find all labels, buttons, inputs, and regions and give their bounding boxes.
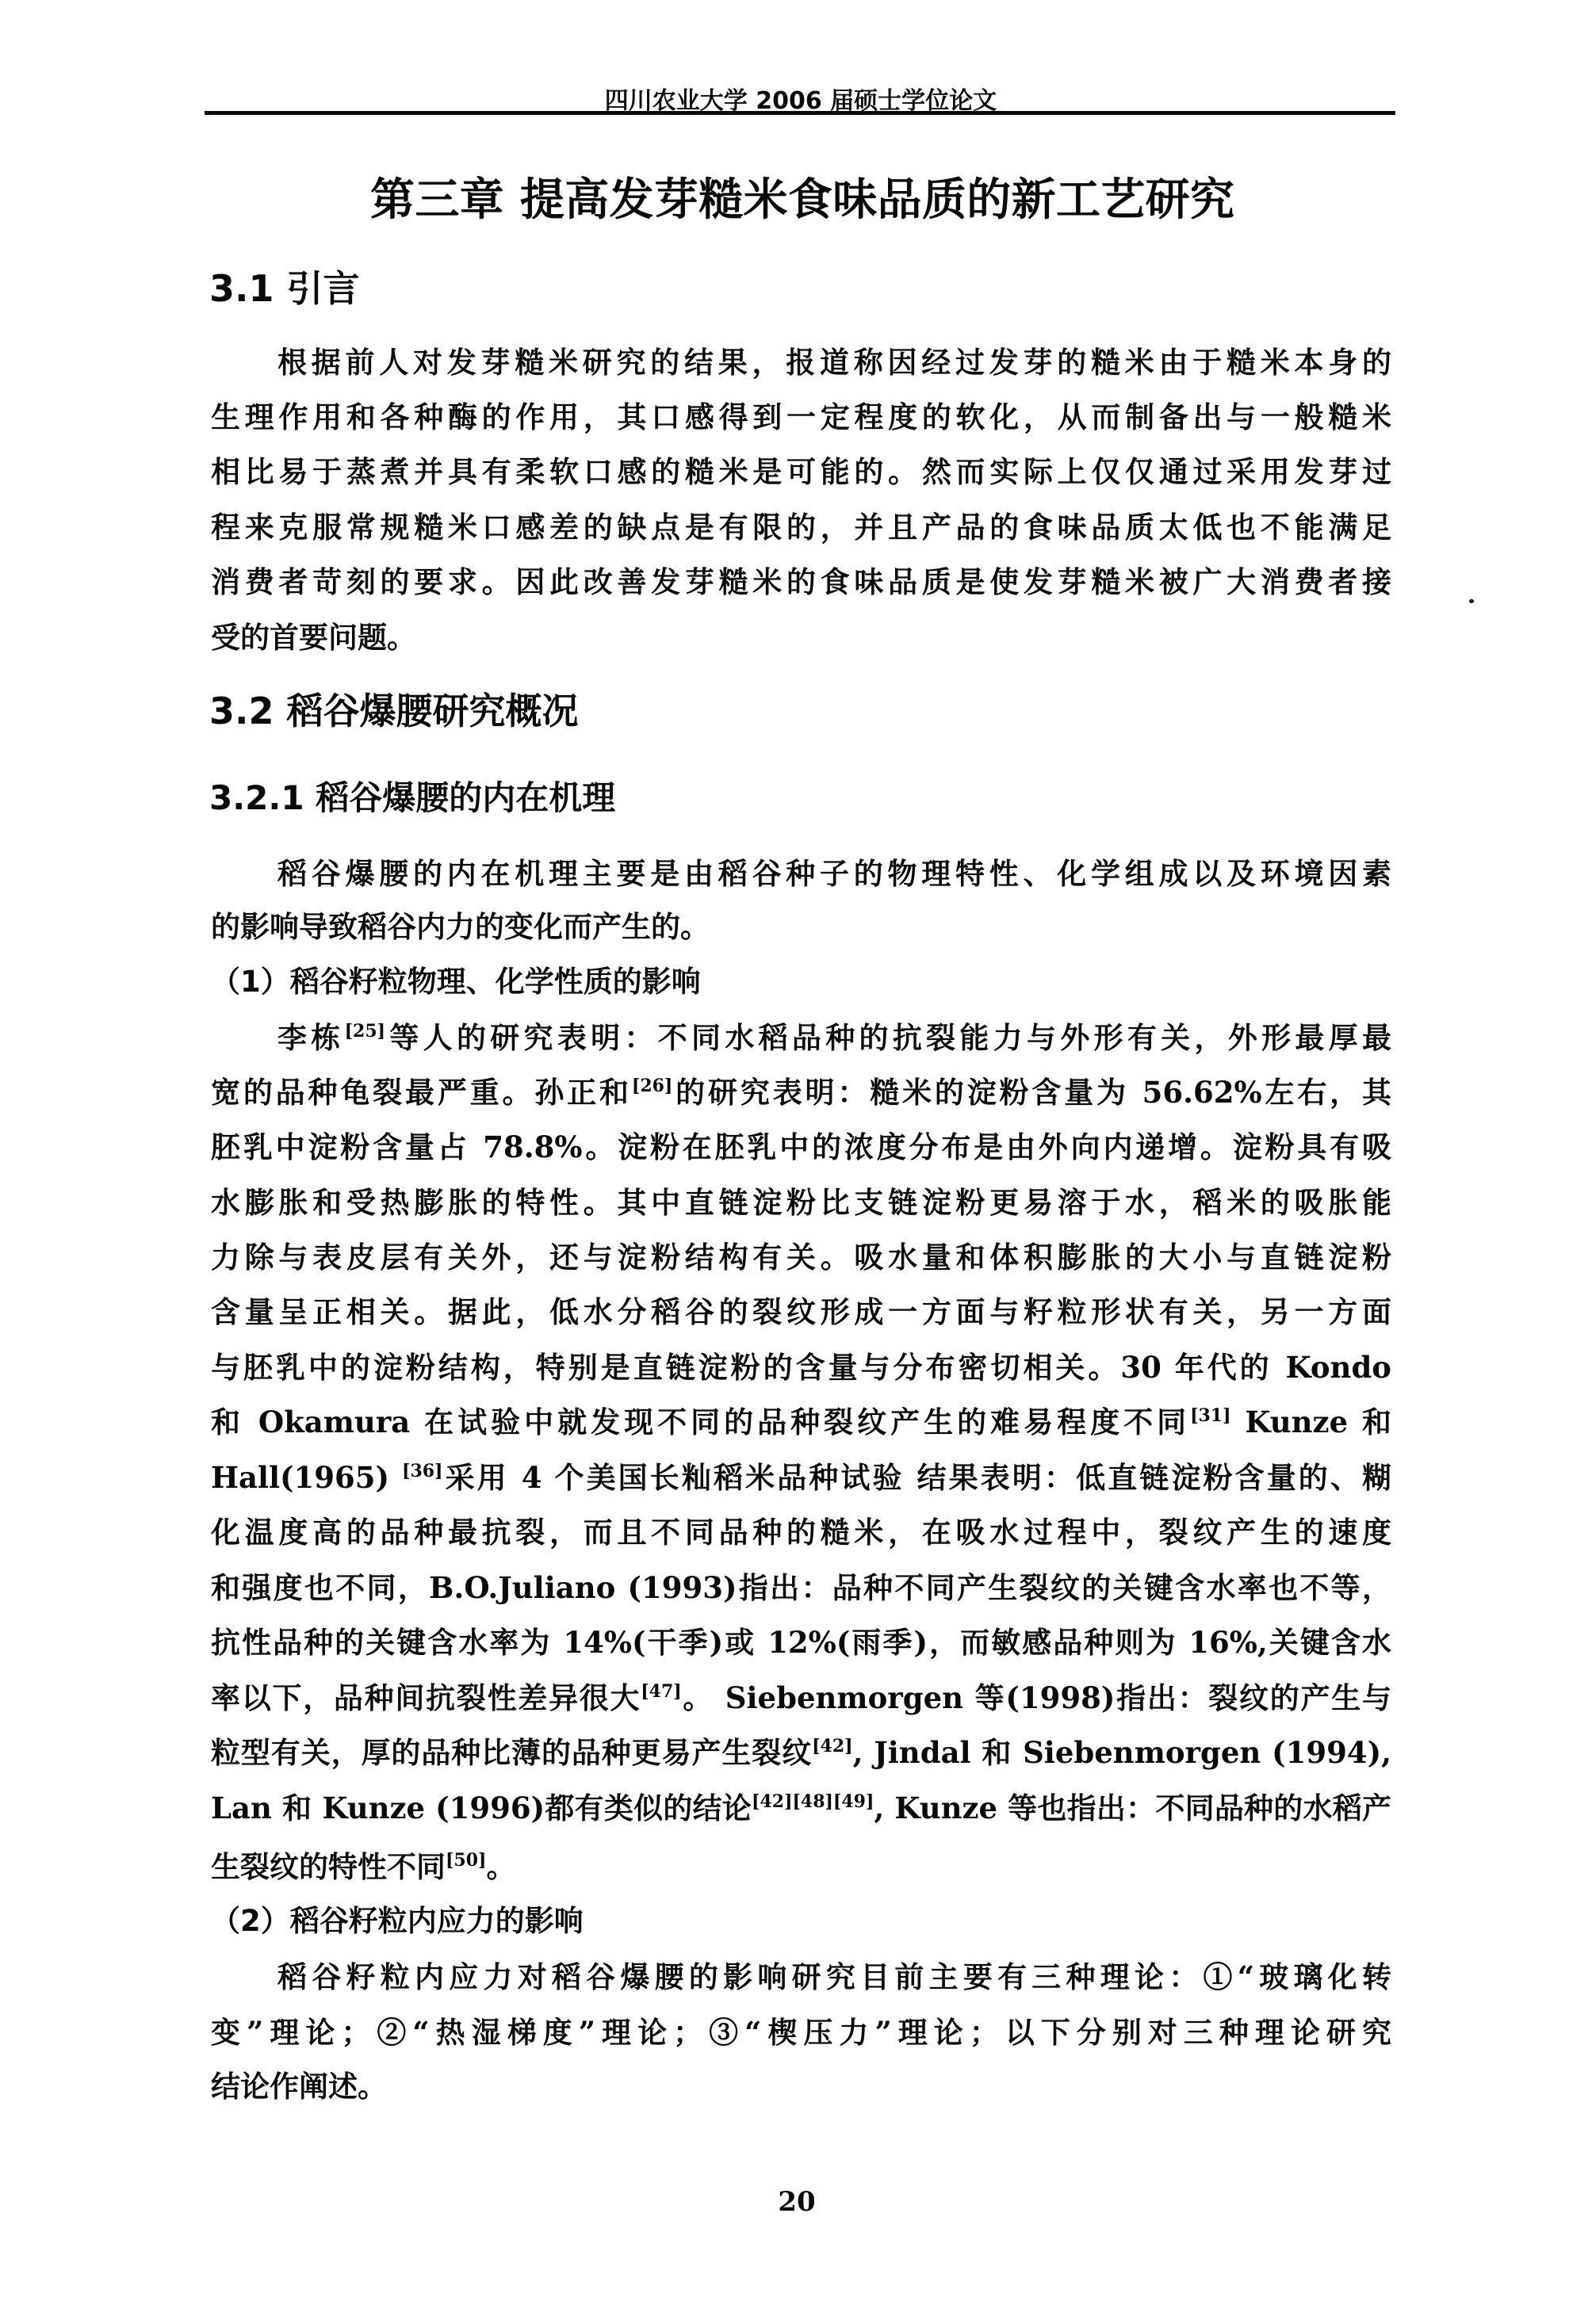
header-rule [205,111,1395,115]
paragraph-line: 粒型有关，厚的品种比薄的品种更易产生裂纹[42], Jindal 和 Siebe… [211,1734,1391,1771]
scan-speck [1469,599,1474,603]
paragraph-line: 生理作用和各种酶的作用，其口感得到一定程度的软化，从而制备出与一般糙米 [211,399,1391,435]
citation: [26] [632,1076,672,1096]
paragraph-line: 结论作阐述。 [211,2068,1391,2104]
paragraph-line: 程来克服常规糙米口感差的缺点是有限的，并且产品的食味品质太低也不能满足 [211,509,1391,545]
paragraph-line: Lan 和 Kunze (1996)都有类似的结论[42][48][49], K… [211,1790,1391,1826]
paragraph-line: 根据前人对发芽糙米研究的结果，报道称因经过发芽的糙米由于糙米本身的 [277,344,1391,380]
citation: [31] [1190,1405,1230,1426]
paragraph-line: 和强度也不同，B.O.Juliano (1993)指出：品种不同产生裂纹的关键含… [211,1569,1391,1606]
citation: [42][48][49] [752,1791,874,1812]
citation: [25] [345,1021,385,1042]
paragraph-line: 率以下，品种间抗裂性差异很大[47]。 Siebenmorgen 等(1998)… [211,1680,1391,1716]
paragraph-line: 宽的品种龟裂最严重。孙正和[26]的研究表明：糙米的淀粉含量为 56.62%左右… [211,1074,1391,1110]
paragraph-line: 含量呈正相关。据此，低水分稻谷的裂纹形成一方面与籽粒形状有关，另一方面 [211,1294,1391,1330]
section-heading-3-1: 3.1 引言 [209,266,360,311]
paragraph-line: Hall(1965) [36]采用 4 个美国长籼稻米品种试验 结果表明：低直链… [211,1459,1391,1496]
paragraph-line: 李栋[25]等人的研究表明：不同水稻品种的抗裂能力与外形有关，外形最厚最 [277,1019,1391,1056]
section-heading-3-2-1: 3.2.1 稻谷爆腰的内在机理 [209,778,615,819]
paragraph-line: 稻谷籽粒内应力对稻谷爆腰的影响研究目前主要有三种理论：①“玻璃化转 [277,1959,1391,1995]
citation: [47] [641,1681,681,1702]
chapter-title: 第三章 提高发芽糙米食味品质的新工艺研究 [370,173,1234,228]
paragraph-line: 抗性品种的关键含水率为 14%(干季)或 12%(雨季)，而敏感品种则为 16%… [211,1624,1391,1661]
paragraph-line: 胚乳中淀粉含量占 78.8%。淀粉在胚乳中的浓度分布是由外向内递增。淀粉具有吸 [211,1129,1391,1165]
paragraph-line: 相比易于蒸煮并具有柔软口感的糙米是可能的。然而实际上仅仅通过采用发芽过 [211,453,1391,490]
paragraph-line: 消费者苛刻的要求。因此改善发芽糙米的食味品质是使发芽糙米被广大消费者接 [211,564,1391,600]
section-heading-3-2: 3.2 稻谷爆腰研究概况 [209,689,579,733]
paragraph-line: 化温度高的品种最抗裂，而且不同品种的糙米，在吸水过程中，裂纹产生的速度 [211,1514,1391,1550]
paragraph-line: 受的首要问题。 [211,619,1391,656]
subheading-1: （1）稻谷籽粒物理、化学性质的影响 [211,964,701,1000]
citation: [42] [812,1736,852,1756]
paragraph-line: 的影响导致稻谷内力的变化而产生的。 [211,908,1391,945]
paragraph-line: 和 Okamura 在试验中就发现不同的品种裂纹产生的难易程度不同[31] Ku… [211,1404,1391,1440]
paragraph-line: 生裂纹的特性不同[50]。 [211,1848,1391,1885]
page-number: 20 [777,2188,817,2216]
paragraph-line: 稻谷爆腰的内在机理主要是由稻谷种子的物理特性、化学组成以及环境因素 [277,855,1391,892]
paragraph-line: 与胚乳中的淀粉结构，特别是直链淀粉的含量与分布密切相关。30 年代的 Kondo [211,1349,1391,1386]
paragraph-line: 变”理论；②“热湿梯度”理论；③“楔压力”理论；以下分别对三种理论研究 [211,2014,1391,2051]
paragraph-line: 力除与表皮层有关外，还与淀粉结构有关。吸水量和体积膨胀的大小与直链淀粉 [211,1239,1391,1275]
citation: [36] [402,1461,442,1481]
subheading-2: （2）稻谷籽粒内应力的影响 [211,1903,584,1940]
paragraph-line: 水膨胀和受热膨胀的特性。其中直链淀粉比支链淀粉更易溶于水，稻米的吸胀能 [211,1184,1391,1221]
citation: [50] [446,1850,486,1871]
